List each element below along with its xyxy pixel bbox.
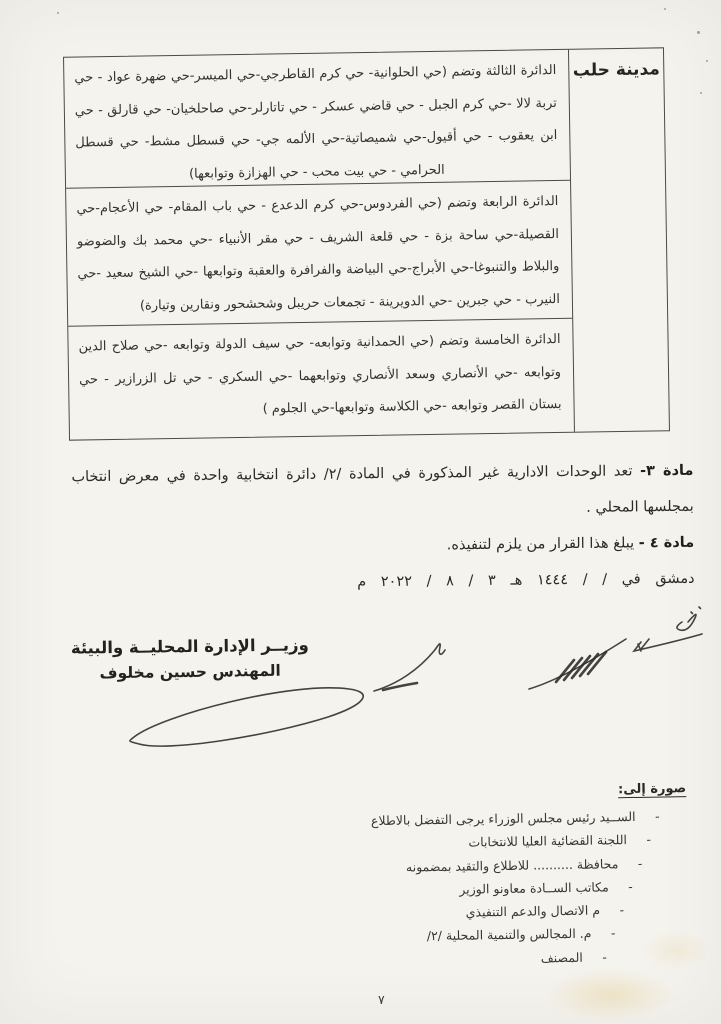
article-3-label: مادة ٣- bbox=[640, 463, 693, 480]
signature-swoosh bbox=[374, 644, 445, 691]
district-row-fifth: الدائرة الخامسة وتضم (حي الحمدانية وتواب… bbox=[68, 319, 574, 440]
district-row-third: الدائرة الثالثة وتضم (حي الحلوانية- حي ك… bbox=[64, 50, 570, 189]
copy-item-text: اللجنة القضائية العليا للانتخابات bbox=[468, 832, 627, 849]
dash-bullet: - bbox=[600, 898, 624, 922]
copy-item-text: محافظة .......... للاطلاع والتقيد بمضمون… bbox=[406, 856, 619, 874]
dash-bullet: - bbox=[591, 922, 615, 946]
initials-stroke bbox=[634, 634, 702, 651]
signature-hatch3 bbox=[572, 656, 590, 678]
district-text: الدائرة الخامسة وتضم (حي الحمدانية وتواب… bbox=[78, 324, 561, 429]
signature-sweep bbox=[529, 639, 626, 689]
articles-section: مادة ٣- تعد الوحدات الادارية غير المذكور… bbox=[71, 453, 694, 604]
article-3-text: تعد الوحدات الادارية غير المذكورة في الم… bbox=[71, 463, 694, 515]
signature-hatch4 bbox=[580, 654, 598, 676]
dash-bullet: - bbox=[627, 828, 651, 852]
copy-item-text: م الاتصال والدعم التنفيذي bbox=[466, 903, 601, 920]
dash-bullet: - bbox=[583, 945, 607, 969]
scan-speck bbox=[57, 12, 59, 14]
dash-bullet: - bbox=[635, 805, 659, 829]
copy-item-text: مكاتب الســادة معاونو الوزير bbox=[459, 879, 609, 896]
article-4-text: يبلغ هذا القرار من يلزم لتنفيذه. bbox=[447, 535, 635, 553]
article-4-label: مادة ٤ - bbox=[639, 535, 695, 552]
district-row-fourth: الدائرة الرابعة وتضم (حي الفردوس-حي كرم … bbox=[66, 181, 572, 327]
copies-list: صورة إلى: -الســيد رئيس مجلس الوزراء يرج… bbox=[225, 778, 698, 974]
copy-item: -المصنف bbox=[228, 945, 607, 974]
scan-smudge bbox=[545, 968, 675, 1022]
initials-dot2 bbox=[691, 612, 693, 614]
scan-speck bbox=[700, 92, 702, 94]
signature-hatch5 bbox=[588, 652, 606, 674]
district-text: الدائرة الثالثة وتضم (حي الحلوانية- حي ك… bbox=[74, 55, 558, 193]
dash-bullet: - bbox=[609, 875, 633, 899]
copies-header: صورة إلى: bbox=[225, 778, 686, 807]
city-label: مدينة حلب bbox=[573, 59, 660, 80]
city-header-cell: مدينة حلب bbox=[568, 48, 669, 431]
signature-ellipse bbox=[130, 688, 363, 746]
signature-hatch1 bbox=[556, 660, 574, 682]
minister-signature-block: وزيــر الإدارة المحليــة والبيئة المهندس… bbox=[34, 631, 347, 687]
district-text: الدائرة الرابعة وتضم (حي الفردوس-حي كرم … bbox=[76, 186, 560, 324]
districts-table: مدينة حلب الدائرة الثالثة وتضم (حي الحلو… bbox=[63, 47, 670, 440]
scan-speck bbox=[697, 31, 700, 34]
dash-bullet: - bbox=[618, 851, 642, 875]
copy-item-text: م. المجالس والتنمية المحلية /٢/ bbox=[427, 926, 592, 944]
scanned-decree-page: مدينة حلب الدائرة الثالثة وتضم (حي الحلو… bbox=[0, 0, 721, 1024]
signature-swoosh-dash bbox=[383, 683, 417, 690]
scan-speck bbox=[706, 60, 708, 62]
article-3: مادة ٣- تعد الوحدات الادارية غير المذكور… bbox=[71, 453, 694, 532]
signature-hatch2 bbox=[564, 658, 582, 680]
copy-item-text: المصنف bbox=[541, 950, 583, 966]
minister-title: وزيــر الإدارة المحليــة والبيئة bbox=[34, 631, 346, 662]
scan-speck bbox=[88, 142, 91, 145]
initials-dot1 bbox=[699, 607, 701, 609]
scan-speck bbox=[664, 8, 666, 10]
date-line: دمشق في / / ١٤٤٤ هـ ٣ / ٨ / ٢٠٢٢ م bbox=[72, 561, 694, 604]
initials-loop bbox=[677, 614, 696, 630]
page-number: ٧ bbox=[378, 992, 385, 1007]
minister-name: المهندس حسين مخلوف bbox=[34, 658, 346, 687]
copy-item-text: الســيد رئيس مجلس الوزراء يرجى التفضل با… bbox=[371, 809, 636, 828]
